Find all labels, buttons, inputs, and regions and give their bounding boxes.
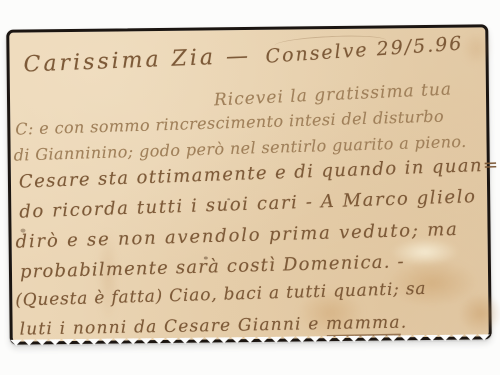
handwritten-line: dirò e se non avendolo prima veduto; ma [15,219,459,253]
signature-underlined-word: mamma [326,313,401,337]
handwritten-line: Ricevei la gratissima tua [214,79,453,110]
postcard: Carissima Zia — Conselve 29/5.96 Ricevei… [6,24,492,344]
handwritten-line: do ricorda tutti i suoi cari - A Marco g… [19,186,477,223]
greeting-line: Carissima Zia — [23,44,251,78]
scan-background: Carissima Zia — Conselve 29/5.96 Ricevei… [0,0,500,375]
paper-stain [461,31,491,65]
signature-suffix: . [401,313,408,333]
handwritten-line: probabilmente sarà costì Domenica. - [20,251,405,282]
paper-stain [456,291,500,336]
handwritten-line: (Questa è fatta) Ciao, baci a tutti quan… [15,279,427,311]
